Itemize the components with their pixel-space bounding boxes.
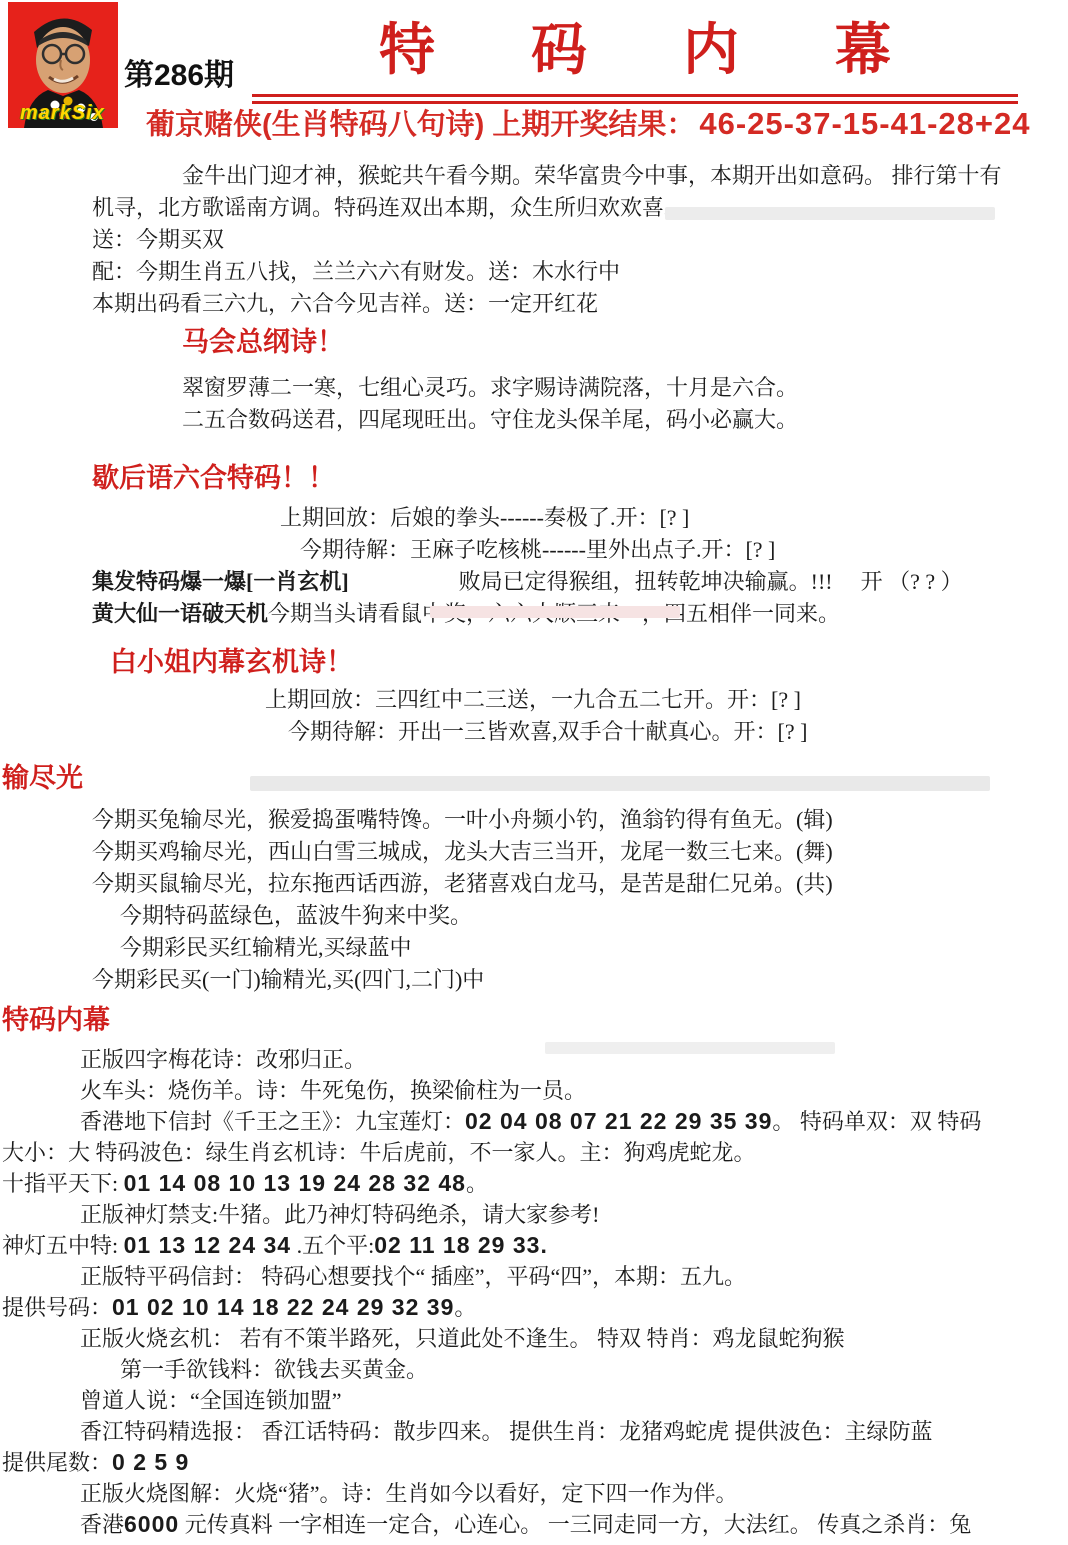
text-line: 上期回放：后娘的拳头------奏极了.开：[? ] xyxy=(280,502,1068,534)
label: 。 xyxy=(466,1171,488,1196)
mark-six-brand: markSix xyxy=(20,102,105,125)
label: 提供号码： xyxy=(2,1295,112,1320)
section-baixiaojie: 白小姐内幕玄机诗！ 上期回放：三四红中二三送，一九合五二七开。开：[? ] 今期… xyxy=(0,646,1068,748)
text-line: 今期买鼠输尽光，拉东拖西话西游，老猪喜戏白龙马，是苦是甜仁兄弟。(共) xyxy=(92,868,1068,900)
masthead-logo: markSix xyxy=(8,2,118,128)
text-line: 香江特码精选报： 香江话特码：散步四来。 提供生肖：龙猪鸡蛇虎 提供波色：主绿防… xyxy=(80,1416,1068,1447)
text-line: 今期待解：王麻子吃核桃------里外出点子.开：[? ] xyxy=(300,534,1068,566)
section-neimu: 特码内幕 正版四字梅花诗：改邪归正。 火车头：烧伤羊。诗：牛死兔伤，换梁偷柱为一… xyxy=(0,1004,1068,1540)
text-line: 火车头：烧伤羊。诗：牛死兔伤，换梁偷柱为一员。 xyxy=(80,1075,1068,1106)
number-run: 01 13 12 24 34 xyxy=(124,1232,291,1258)
text-line: 集发特码爆一爆[一肖玄机]败局已定得猴组，扭转乾坤决输赢。!!!开 （? ? ） xyxy=(92,566,1068,598)
label: .五个平: xyxy=(291,1233,374,1258)
section-heading: 马会总纲诗！ xyxy=(182,326,1068,358)
label: 提供尾数： xyxy=(2,1450,112,1475)
number-run: 01 14 08 10 13 19 24 28 32 48 xyxy=(124,1170,466,1196)
number-run: 02 04 08 07 21 22 29 35 39 xyxy=(465,1108,772,1134)
text-line: 上期回放：三四红中二三送，一九合五二七开。开：[? ] xyxy=(265,684,1068,716)
label: 香港地下信封《千王之王》：九宝莲灯： xyxy=(80,1109,465,1134)
section-xiehouyu: 歇后语六合特码！！ 上期回放：后娘的拳头------奏极了.开：[? ] 今期待… xyxy=(0,462,1068,630)
label: 十指平天下: xyxy=(2,1171,124,1196)
text-line: 正版神灯禁支:牛猪。此乃神灯特码绝杀，请大家参考! xyxy=(80,1199,1068,1230)
label: 。 特码单双：双 特码 xyxy=(772,1109,981,1134)
jifa-label: 集发特码爆一爆[一肖玄机] xyxy=(92,569,349,594)
text-line: 今期待解：开出一三皆欢喜,双手合十献真心。开：[? ] xyxy=(288,716,1068,748)
text-line: 今期买鸡输尽光，西山白雪三城成，龙头大吉三当开，龙尾一数三七来。(舞) xyxy=(92,836,1068,868)
huang-label: 黄大仙一语破天机 xyxy=(92,601,268,626)
number-run: 0 2 5 9 xyxy=(112,1449,189,1475)
text-line: 配：今期生肖五八找，兰兰六六有财发。送：木水行中 xyxy=(92,256,1068,288)
label: 。 xyxy=(454,1295,476,1320)
label: 元传真料 一字相连一定合，心连心。 一三同走同一方，大法红。 传真之杀肖：兔 xyxy=(179,1512,971,1537)
subtitle-line: 葡京赌侠(生肖特码八句诗) 上期开奖结果： 46-25-37-15-41-28+… xyxy=(146,102,1030,143)
text-line: 今期买兔输尽光，猴爱捣蛋嘴特馋。一叶小舟频小钓，渔翁钓得有鱼无。(辑) xyxy=(92,804,1068,836)
text-line: 香港6000 元传真料 一字相连一定合，心连心。 一三同走同一方，大法红。 传真… xyxy=(80,1509,1068,1540)
text-line: 金牛出门迎才神，猴蛇共午看今期。荣华富贵今中事，本期开出如意码。 排行第十有 xyxy=(182,160,1068,192)
last-draw-result: 46-25-37-15-41-28+24 xyxy=(699,106,1030,141)
text-line: 二五合数码送君，四尾现旺出。守住龙头保羊尾，码小必赢大。 xyxy=(182,404,1068,436)
text-line: 送：今期买双 xyxy=(92,224,1068,256)
number-run: 01 02 10 14 18 22 24 29 32 39 xyxy=(112,1294,454,1320)
label: 香港 xyxy=(80,1512,124,1537)
scan-artifact xyxy=(430,606,680,618)
text-line: 翠窗罗薄二一寒，七组心灵巧。求字赐诗满院落，十月是六合。 xyxy=(182,372,1068,404)
section-heading: 特码内幕 xyxy=(2,1004,1068,1036)
jifa-open: 开 （? ? ） xyxy=(861,569,963,594)
text-line: 今期彩民买红输精光,买绿蓝中 xyxy=(120,932,1068,964)
section-shujinguang: 输尽光 今期买兔输尽光，猴爱捣蛋嘴特馋。一叶小舟频小钓，渔翁钓得有鱼无。(辑) … xyxy=(0,762,1068,996)
text-line: 正版特平码信封： 特码心想要找个“ 插座”，平码“四”，本期：五九。 xyxy=(80,1261,1068,1292)
scan-artifact xyxy=(250,776,990,791)
issue-number: 第286期 xyxy=(124,50,234,94)
number-run: 6000 xyxy=(124,1511,179,1537)
text-line: 今期彩民买(一门)输精光,买(四门,二门)中 xyxy=(92,964,1068,996)
page-title-underline: 特码内幕 xyxy=(252,6,1018,104)
page-title: 特码内幕 xyxy=(379,6,987,86)
text-line: 正版火烧玄机： 若有不策半路死，只道此处不逢生。 特双 特肖：鸡龙鼠蛇狗猴 xyxy=(80,1323,1068,1354)
text-line: 本期出码看三六九，六合今见吉祥。送：一定开红花 xyxy=(92,288,1068,320)
subtitle-label: 葡京赌侠(生肖特码八句诗) 上期开奖结果： xyxy=(146,109,695,141)
text-line: 正版火烧图解：火烧“猪”。诗：生肖如今以看好，定下四一作为伴。 xyxy=(80,1478,1068,1509)
section-intro-poem: 金牛出门迎才神，猴蛇共午看今期。荣华富贵今中事，本期开出如意码。 排行第十有 机… xyxy=(0,160,1068,320)
label: 神灯五中特: xyxy=(2,1233,124,1258)
masthead: markSix 第286期 特码内幕 葡京赌侠(生肖特码八句诗) 上期开奖结果：… xyxy=(0,0,1068,152)
text-line: 香港地下信封《千王之王》：九宝莲灯：02 04 08 07 21 22 29 3… xyxy=(80,1106,1068,1137)
section-mahui: 马会总纲诗！ 翠窗罗薄二一寒，七组心灵巧。求字赐诗满院落，十月是六合。 二五合数… xyxy=(0,326,1068,436)
text-line: 今期特码蓝绿色，蓝波牛狗来中奖。 xyxy=(120,900,1068,932)
text-line: 提供尾数：0 2 5 9 xyxy=(2,1447,1068,1478)
text-line: 大小：大 特码波色：绿生肖玄机诗：牛后虎前，不一家人。主：狗鸡虎蛇龙。 xyxy=(2,1137,1068,1168)
jifa-text: 败局已定得猴组，扭转乾坤决输赢。!!! xyxy=(459,569,833,594)
flyer-page: markSix 第286期 特码内幕 葡京赌侠(生肖特码八句诗) 上期开奖结果：… xyxy=(0,0,1068,1545)
section-heading: 白小姐内幕玄机诗！ xyxy=(110,646,1068,678)
text-line: 第一手欲钱料：欲钱去买黄金。 xyxy=(120,1354,1068,1385)
scan-artifact xyxy=(665,207,995,220)
text-line: 神灯五中特: 01 13 12 24 34 .五个平:02 11 18 29 3… xyxy=(2,1230,1068,1261)
text-line: 提供号码：01 02 10 14 18 22 24 29 32 39。 xyxy=(2,1292,1068,1323)
text-line: 十指平天下: 01 14 08 10 13 19 24 28 32 48。 xyxy=(2,1168,1068,1199)
number-run: 02 11 18 29 33. xyxy=(374,1232,548,1258)
section-heading: 歇后语六合特码！！ xyxy=(92,462,1068,494)
scan-artifact xyxy=(545,1042,835,1054)
text-line: 曾道人说：“全国连锁加盟” xyxy=(80,1385,1068,1416)
